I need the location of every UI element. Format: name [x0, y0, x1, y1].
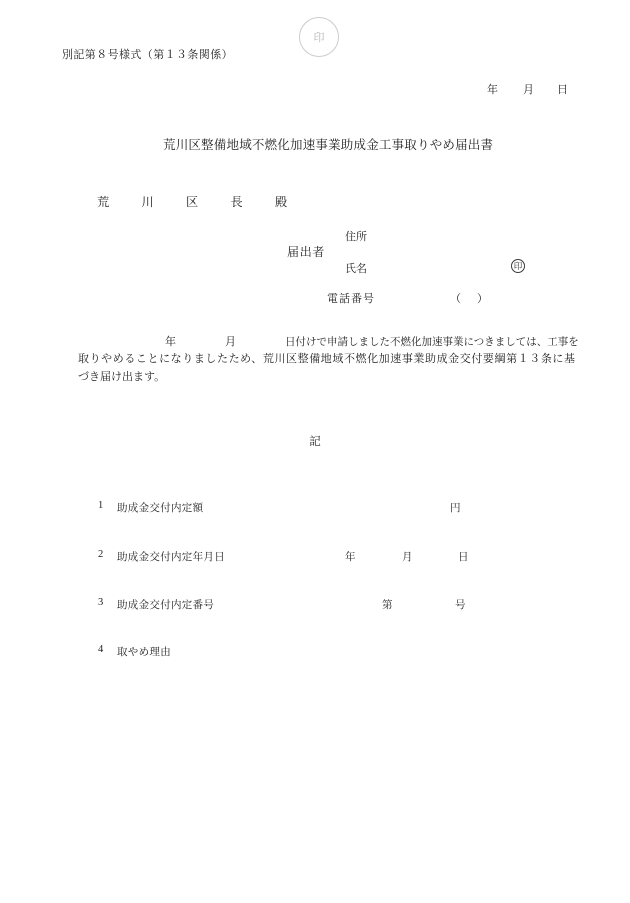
form-item-cancellation-reason: 4 取やめ理由 [0, 644, 630, 658]
record-marker: 記 [0, 433, 630, 449]
form-item-decision-date: 2 助成金交付内定年月日 年 月 日 [0, 549, 630, 563]
item-number: 4 [98, 644, 103, 655]
applicant-section-label: 届出者 [287, 243, 325, 260]
item-number: 1 [98, 500, 103, 511]
body-year-blank-label: 年 [165, 334, 176, 351]
form-document: 別記第８号様式（第１３条関係） 印 年 月 日 荒川区整備地域不燃化加速事業助成… [0, 0, 630, 903]
item-number: 2 [98, 549, 103, 560]
item-unit-month: 月 [402, 549, 413, 564]
applicant-address-label: 住所 [345, 228, 367, 244]
phone-close-paren: ） [477, 290, 488, 306]
item-unit-day: 日 [458, 549, 469, 564]
item-number: 3 [98, 597, 103, 608]
form-item-subsidy-amount: 1 助成金交付内定額 円 [0, 500, 630, 514]
body-line-1-text: 日付けで申請しました不燃化加速事業につきましては、工事を [285, 334, 579, 351]
body-paragraph: 年 月 日付けで申請しました不燃化加速事業につきましては、工事を 取りやめること… [78, 334, 575, 386]
approval-seal-label: 印 [314, 29, 325, 45]
item-unit-yen: 円 [450, 500, 461, 515]
item-unit-year: 年 [345, 549, 356, 564]
phone-number-label: 電話番号 [327, 290, 375, 306]
item-label: 助成金交付内定番号 [117, 597, 214, 612]
item-unit-gou: 号 [455, 597, 466, 612]
item-label: 助成金交付内定額 [117, 500, 203, 515]
body-month-blank-label: 月 [225, 334, 236, 351]
date-year-label: 年 [487, 81, 498, 97]
date-line: 年 月 日 [0, 81, 630, 95]
body-line-2: 取りやめることになりましたため、荒川区整備地域不燃化加速事業助成金交付要綱第１３… [78, 351, 575, 368]
date-month-label: 月 [523, 81, 534, 97]
applicant-name-label: 氏名 [345, 260, 367, 276]
date-day-label: 日 [557, 81, 568, 97]
phone-open-paren: （ [450, 290, 461, 306]
form-title: 荒川区整備地域不燃化加速事業助成金工事取りやめ届出書 [163, 135, 493, 153]
item-unit-dai: 第 [382, 597, 393, 612]
item-label: 取やめ理由 [117, 644, 171, 659]
name-seal-icon: 印 [511, 259, 525, 273]
body-line-1: 年 月 日付けで申請しました不燃化加速事業につきましては、工事を [78, 334, 575, 351]
approval-seal-placeholder-icon: 印 [299, 17, 339, 57]
form-item-decision-number: 3 助成金交付内定番号 第 号 [0, 597, 630, 611]
body-line-3: づき届け出ます。 [78, 369, 575, 386]
addressee-line: 荒川区長殿 [97, 193, 319, 210]
name-seal-label: 印 [514, 260, 523, 272]
form-code: 別記第８号様式（第１３条関係） [62, 46, 233, 62]
item-label: 助成金交付内定年月日 [117, 549, 225, 564]
